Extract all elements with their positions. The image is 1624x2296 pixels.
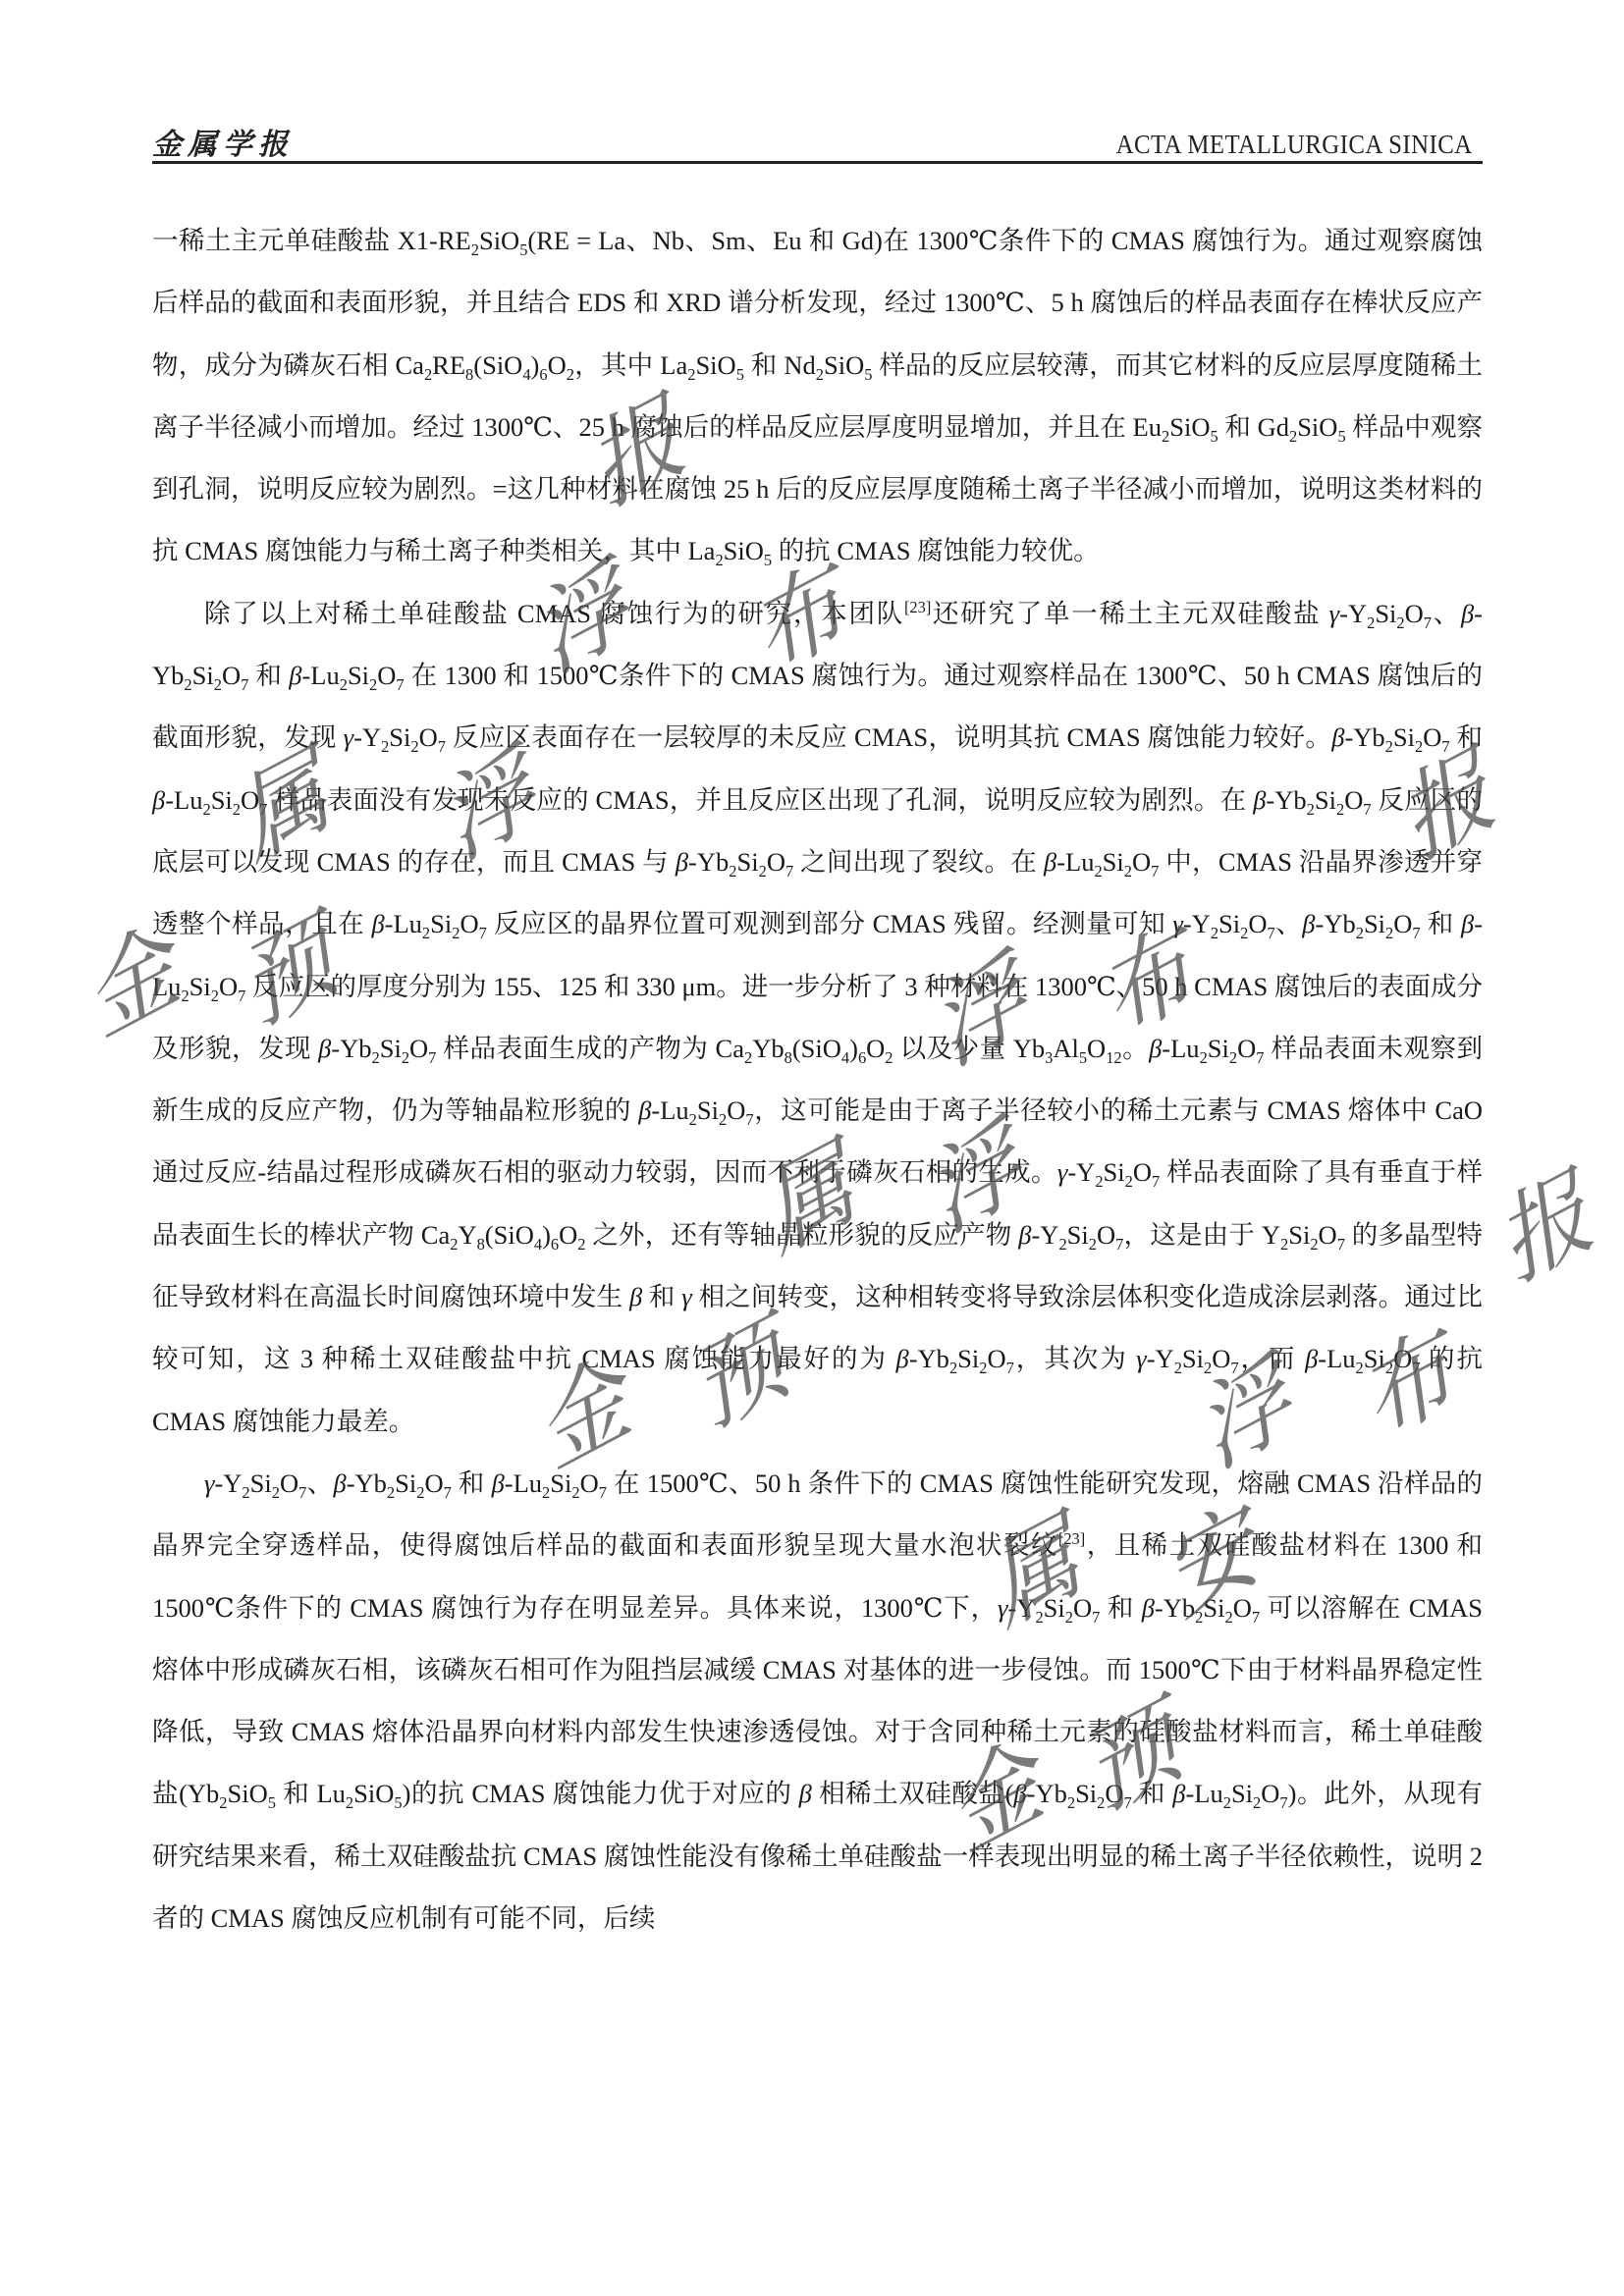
paragraph: 除了以上对稀土单硅酸盐 CMAS 腐蚀行为的研究，本团队[23]还研究了单一稀土… xyxy=(152,583,1483,1453)
page-header: 金属学报 ACTA METALLURGICA SINICA xyxy=(152,120,1483,163)
journal-logo-cn: 金属学报 xyxy=(152,120,294,163)
watermark-glyph: 报 xyxy=(1503,1153,1600,1297)
paragraph: γ-Y2Si2O7、β-Yb2Si2O7 和 β-Lu2Si2O7 在 1500… xyxy=(152,1453,1483,1949)
journal-name-en: ACTA METALLURGICA SINICA xyxy=(1116,130,1473,160)
paragraph: 一稀土主元单硅酸盐 X1-RE2SiO5(RE = La、Nb、Sm、Eu 和 … xyxy=(152,210,1483,583)
article-body: 一稀土主元单硅酸盐 X1-RE2SiO5(RE = La、Nb、Sm、Eu 和 … xyxy=(152,210,1483,1949)
journal-page: 金属学报 ACTA METALLURGICA SINICA 一稀土主元单硅酸盐 … xyxy=(0,0,1624,2296)
header-divider xyxy=(152,161,1483,164)
